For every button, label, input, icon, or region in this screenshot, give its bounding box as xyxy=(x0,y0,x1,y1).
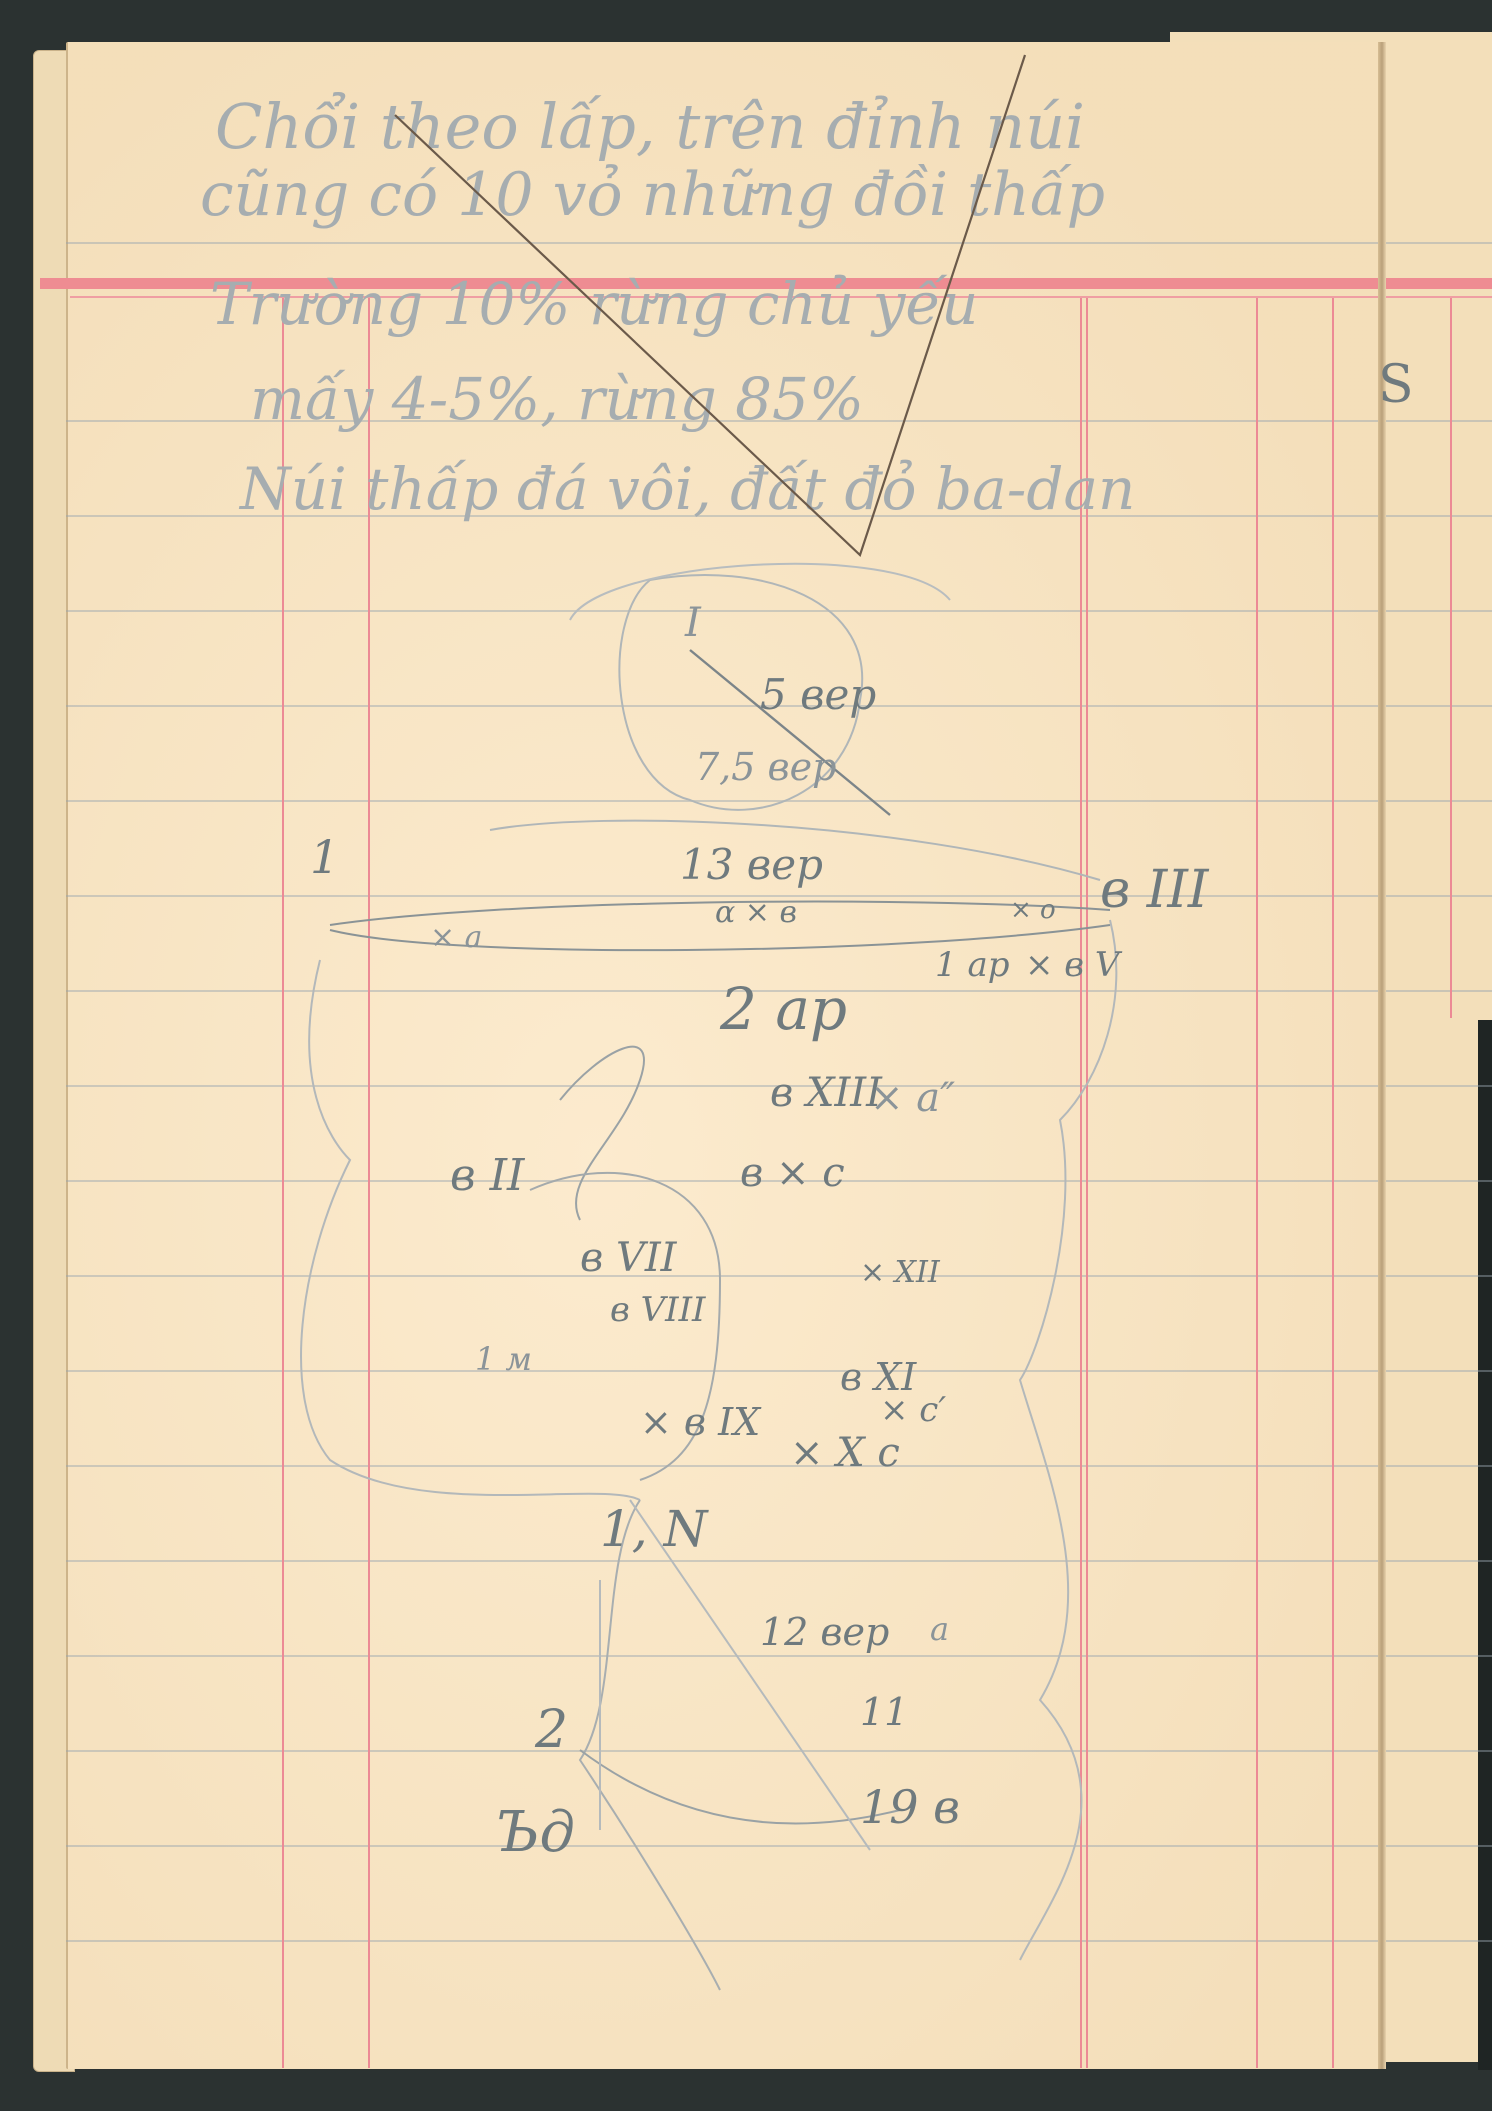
label-2-ap: 2 ар xyxy=(720,975,847,1043)
label-bottom-left: Ъд xyxy=(495,1800,575,1865)
label-x-o: × o xyxy=(1010,895,1056,925)
label-12-ver: 12 вер xyxy=(760,1610,889,1654)
pencil-sketch-map xyxy=(0,0,1492,2111)
label-11: 11 xyxy=(860,1690,908,1734)
label-19-b: 19 в xyxy=(860,1780,960,1834)
label-5-ver: 5 вер xyxy=(760,670,876,719)
label-alpha-x-b: α × в xyxy=(715,895,797,930)
label-x-c-prime: × c′ xyxy=(880,1390,946,1430)
label-x-b-ix: × в IX xyxy=(640,1400,760,1444)
label-b-iii: в III xyxy=(1100,860,1208,920)
label-7-5-ver: 7,5 вер xyxy=(695,745,836,789)
label-x-a-double-prime: × a″ xyxy=(870,1075,955,1121)
label-x-x-c: × X c xyxy=(790,1430,900,1476)
label-b-ii: в II xyxy=(450,1150,524,1201)
label-roman-i: I xyxy=(685,600,701,646)
label-x-xii: × XII xyxy=(860,1255,940,1290)
label-a-right: a xyxy=(930,1610,949,1648)
margin-mark: S xyxy=(1378,355,1414,415)
label-x-b-v: × в V xyxy=(1025,945,1119,985)
label-1-n: 1, N xyxy=(600,1500,707,1558)
label-b-vii: в VII xyxy=(580,1235,676,1281)
label-b-x-c: в × c xyxy=(740,1150,845,1196)
label-1-m: 1 м xyxy=(475,1340,532,1378)
label-2: 2 xyxy=(535,1700,568,1760)
label-b-viii: в VIII xyxy=(610,1290,705,1330)
label-1-left: 1 xyxy=(310,830,339,884)
label-1-ap: 1 ар xyxy=(935,945,1009,985)
label-x-a-left: × a xyxy=(430,920,483,955)
label-b-xiii: в XIII xyxy=(770,1070,882,1116)
label-13-ver: 13 вер xyxy=(680,840,823,889)
